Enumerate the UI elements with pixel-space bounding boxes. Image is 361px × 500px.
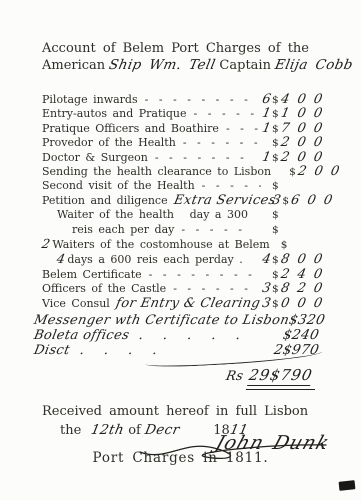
- handwritten-number: 4: [56, 252, 67, 265]
- cifrao-symbol: $: [271, 180, 280, 193]
- amount: 4$8 0 0: [261, 253, 333, 267]
- ship-name-handwritten: Ship Wm. Tell: [108, 57, 218, 74]
- cifrao-symbol: $: [271, 108, 280, 121]
- dash-leader: - - - - -: [202, 179, 261, 192]
- charge-row: Second visit of the Health- - - - -$: [42, 179, 333, 193]
- dash-leader: - - - - - -: [173, 282, 251, 295]
- amount: $2 0 0: [278, 165, 350, 179]
- charge-label: Belem Certificate: [42, 268, 142, 281]
- dash-leader: - - - - - - - -: [149, 268, 256, 281]
- amount-digits: 7 0 0: [279, 122, 325, 135]
- amount-digits: 6 0 0: [290, 194, 336, 207]
- amount: $: [261, 224, 333, 237]
- handwritten-amount: $240: [282, 328, 321, 343]
- page-caption: Port Charges in 1811.: [0, 450, 361, 466]
- amount-digits: 1 0 0: [279, 107, 325, 120]
- charge-label: Doctor & Surgeon: [42, 151, 148, 164]
- header-american-label: American: [42, 57, 105, 74]
- amount-digits: 2 0 0: [279, 151, 325, 164]
- received-line: Received amount hereof in full Lisbon: [42, 403, 333, 420]
- date-the-label: the: [60, 422, 81, 439]
- cifrao-symbol: $: [271, 254, 280, 267]
- charge-row: Provedor of the Health- - - - - -$2 0 0: [42, 136, 333, 150]
- charge-label: Vice Consul: [42, 297, 110, 310]
- amount: $: [261, 180, 333, 193]
- cifrao-symbol: $: [271, 298, 280, 311]
- handwritten-number: 2: [41, 237, 52, 250]
- dash-leader: - - - - - -: [183, 136, 261, 149]
- scan-artifact: [339, 480, 356, 491]
- document-page: Account of Belem Port Charges of the Ame…: [0, 0, 361, 500]
- charge-label: Pilotage inwards: [42, 93, 138, 106]
- charge-row: Petition and diligenceExtra Services3$6 …: [42, 194, 333, 208]
- header-line1: Account of Belem Port Charges of the: [42, 40, 333, 57]
- total-underline: 29$790: [246, 365, 315, 390]
- charge-label: Petition and diligence: [42, 194, 168, 207]
- dash-leader: - - - - - - -: [155, 151, 248, 164]
- total-row: Rs 29$790: [42, 365, 315, 390]
- amount: 3$6 0 0: [271, 194, 343, 208]
- handwritten-row: Boleta offices. . . . .$240: [34, 328, 333, 343]
- charge-label: Second visit of the Health: [42, 179, 195, 192]
- charge-row: Vice Consulfor Entry & Clearing3$0 0 0: [42, 297, 333, 311]
- charge-row: Waiter of the healthday a 300$: [42, 208, 333, 222]
- captain-name-handwritten: Elija Cobb: [273, 57, 354, 74]
- header-line2: American Ship Wm. Tell Captain Elija Cob…: [42, 57, 333, 74]
- currency-prefix: Rs: [225, 369, 245, 384]
- charge-label: Entry-autos and Pratique: [42, 107, 187, 120]
- amount-digits: 2 0 0: [279, 136, 325, 149]
- dash-leader: - - - - - - - -: [145, 93, 252, 106]
- cifrao-symbol: $: [271, 283, 280, 296]
- charge-row: Officers of the Castle- - - - - -3$8 2 0: [42, 282, 333, 296]
- dash-leader: - - - - -: [194, 107, 258, 120]
- amount-digits: 4 0 0: [279, 93, 325, 106]
- charge-label: reis each per day: [72, 223, 174, 236]
- amount: $: [261, 209, 333, 222]
- total-amount: 29$790: [247, 366, 314, 386]
- amount: 3$0 0 0: [261, 297, 333, 311]
- handwritten-label: Messenger wth Certificate to Lisbon: [33, 313, 291, 328]
- charge-row: 2Waiters of the costomhouse at Belem$: [42, 237, 333, 252]
- amount-digits: 2 4 0: [279, 268, 325, 281]
- amount-digits: 8 2 0: [279, 282, 325, 295]
- handwritten-label: Disct: [33, 343, 72, 358]
- charge-row: Entry-autos and Pratique- - - - -1$1 0 0: [42, 107, 333, 121]
- amount-digits: 2 0 0: [296, 165, 342, 178]
- cifrao-symbol: $: [271, 209, 280, 222]
- charge-row: 4days a 600 reis each perday .4$8 0 0: [42, 252, 333, 267]
- charge-label: days a 600 reis each perday .: [67, 253, 242, 266]
- charge-label: Waiters of the costomhouse at Belem: [52, 238, 269, 251]
- amount: $2 0 0: [261, 136, 333, 150]
- amount: 3$8 2 0: [261, 282, 333, 296]
- dot-leader: . . . .: [78, 343, 166, 358]
- charge-label: Provedor of the Health: [42, 136, 176, 149]
- handwritten-label: Boleta offices: [33, 328, 131, 343]
- document-header: Account of Belem Port Charges of the Ame…: [42, 40, 333, 74]
- charge-label: Sending the health clearance to Lisbon: [42, 165, 271, 178]
- cifrao-symbol: $: [288, 166, 297, 179]
- handwritten-note: for Entry & Clearing: [115, 297, 262, 310]
- cifrao-symbol: $: [271, 152, 280, 165]
- dot-leader: . . . . .: [138, 328, 250, 343]
- charges-list: Pilotage inwards- - - - - - - -6$4 0 0En…: [42, 93, 333, 311]
- charge-row: Doctor & Surgeon- - - - - - -1$2 0 0: [42, 151, 333, 165]
- amount: 1$1 0 0: [261, 107, 333, 121]
- amount-digits: 0 0 0: [279, 297, 325, 310]
- cifrao-symbol: $: [271, 224, 280, 237]
- charge-label: Pratique Officers and Boathire: [42, 122, 219, 135]
- cifrao-symbol: $: [271, 123, 280, 136]
- amount: $: [270, 239, 342, 252]
- amount-digits: 8 0 0: [279, 253, 325, 266]
- charge-row: Sending the health clearance to Lisbon-$…: [42, 165, 333, 179]
- charge-mid-label: day a 300: [190, 208, 248, 221]
- cifrao-symbol: $: [271, 137, 280, 150]
- dash-leader: - - - -: [226, 122, 261, 135]
- header-captain-label: Captain: [219, 57, 271, 74]
- charge-label: Officers of the Castle: [42, 282, 166, 295]
- charge-row: reis each per day- - - - -$: [42, 223, 333, 237]
- amount: 1$2 0 0: [261, 151, 333, 165]
- date-month-handwritten: Decr: [143, 422, 181, 439]
- handwritten-row: Messenger wth Certificate to Lisbon$320: [34, 313, 333, 328]
- date-day-handwritten: 12th: [90, 422, 126, 439]
- cifrao-symbol: $: [280, 239, 289, 252]
- charge-label: Waiter of the health: [57, 208, 174, 221]
- dash-leader: - - - - -: [181, 223, 245, 236]
- cifrao-symbol: $: [281, 195, 290, 208]
- handwritten-note: Extra Services: [172, 194, 276, 207]
- handwritten-amount: $320: [288, 313, 327, 328]
